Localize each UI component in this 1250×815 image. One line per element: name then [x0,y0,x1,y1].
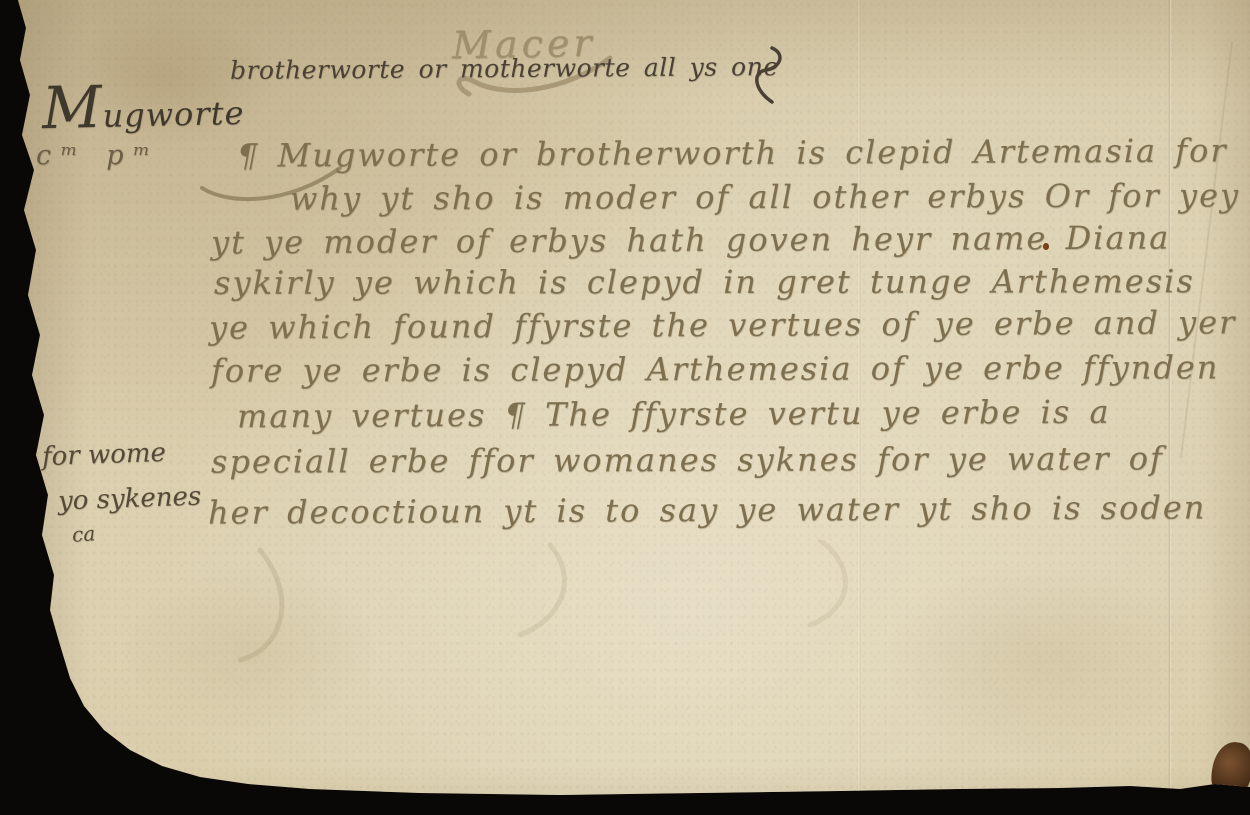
title-line: brotherworte or motherworte all ys one [230,52,779,85]
binding-remnant [1208,740,1250,805]
photo-background: Macer Mugworte brotherworte or motherwor… [0,0,1250,815]
margin-note-for-women: for wome [42,438,167,472]
text-line: yt ye moder of erbys hath goven heyr nam… [211,218,1170,261]
text-line: speciall erbe ffor womanes syknes for ye… [211,439,1164,480]
text-line: sykirly ye which is clepyd in gret tunge… [214,262,1195,302]
stain [880,560,1200,760]
show-through-marks [220,540,920,680]
crease [1168,0,1172,815]
text-line: fore ye erbe is clepyd Arthemesia of ye … [211,348,1220,390]
stain [120,560,380,740]
text-line: ¶ Mugworte or brotherworth is clepid Art… [237,131,1228,174]
crease [1179,41,1233,458]
text-line: many vertues ¶ The ffyrste vertu ye erbe… [237,393,1111,436]
manuscript-page: Macer Mugworte brotherworte or motherwor… [0,0,1250,815]
text-line: ye which found ffyrste the vertues of ye… [209,303,1237,346]
margin-note-ca: ca [71,521,96,547]
margin-heading: Mugworte [41,70,245,142]
margin-note-chapter: cᵐ pᵐ [36,140,160,171]
text-line: why yt sho is moder of all other erbys O… [290,176,1240,217]
margin-note-sickness: yo sykenes [58,482,202,517]
text-line: her decoctioun yt is to say ye water yt … [208,488,1207,531]
